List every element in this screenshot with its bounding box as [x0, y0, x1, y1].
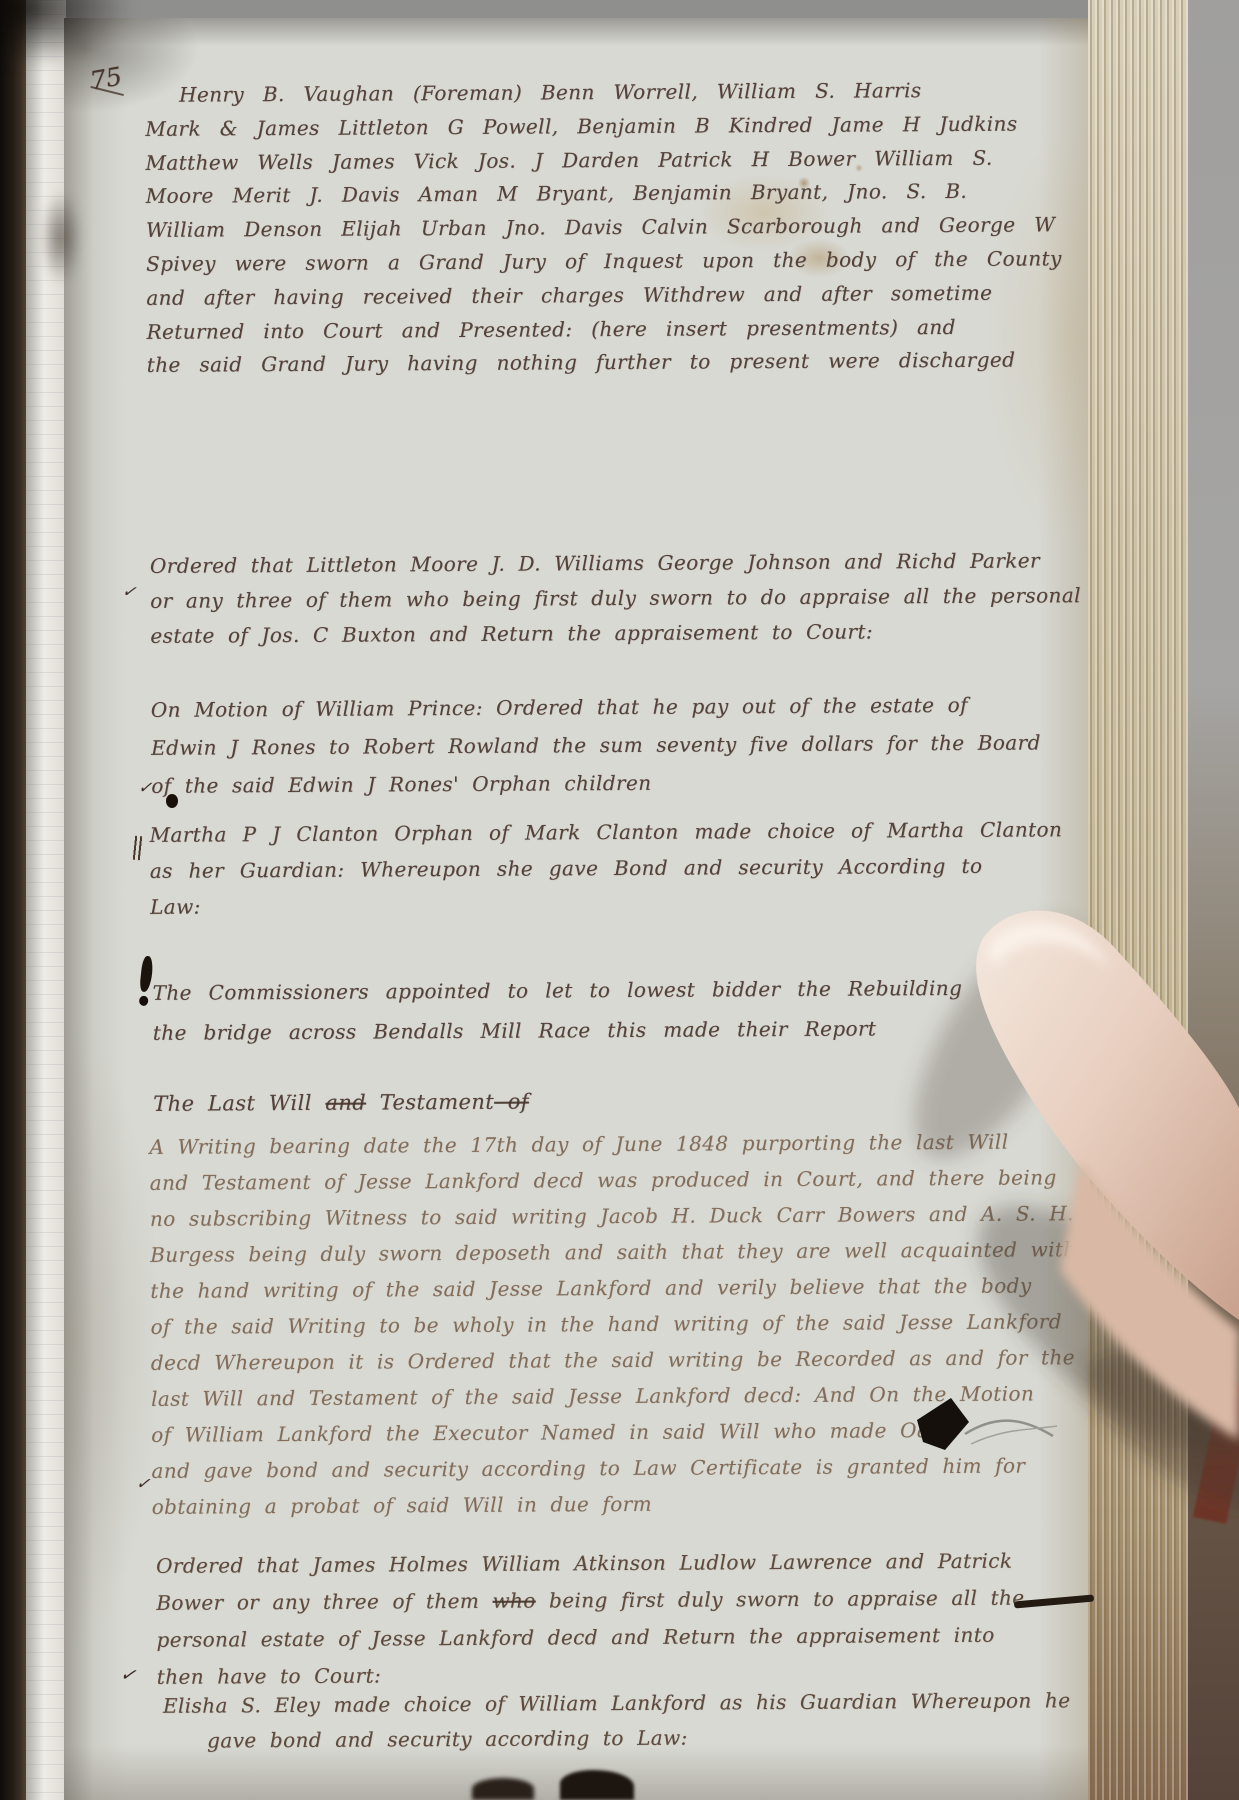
manuscript-line: and gave bond and security according to … [151, 1447, 1081, 1489]
book-bottom-edge-blob [472, 1778, 534, 1800]
manuscript-line: estate of Jos. C Buxton and Return the a… [150, 613, 1080, 654]
text-segment: Testament [366, 1090, 494, 1115]
manuscript-line: On Motion of William Prince: Ordered tha… [151, 685, 1081, 729]
manuscript-line: last Will and Testament of the said Jess… [151, 1375, 1081, 1417]
ink-dot [166, 794, 178, 808]
manuscript-line: Ordered that Littleton Moore J. D. Willi… [150, 543, 1080, 584]
manuscript-line: Martha P J Clanton Orphan of Mark Clanto… [149, 811, 1079, 853]
manuscript-line: Spivey were sworn a Grand Jury of Inques… [146, 242, 1076, 281]
margin-check-mark: ✓ [135, 1473, 151, 1494]
entry-bridge-commissioners: The Commissioners appointed to let to lo… [152, 967, 1082, 1053]
manuscript-line: personal estate of Jesse Lankford decd a… [156, 1616, 1086, 1659]
manuscript-line: A Writing bearing date the 17th day of J… [149, 1123, 1079, 1165]
manuscript-line: and after having received their charges … [146, 276, 1076, 315]
manuscript-line: Mark & James Littleton G Powell, Benjami… [145, 107, 1075, 146]
manuscript-line: Law: [150, 883, 1080, 925]
manuscript-line: Henry B. Vaughan (Foreman) Benn Worrell,… [145, 73, 1075, 112]
manuscript-line: of the said Writing to be wholy in the h… [150, 1303, 1080, 1345]
manuscript-line: the hand writing of the said Jesse Lankf… [150, 1267, 1080, 1309]
manuscript-line: and Testament of Jesse Lankford decd was… [150, 1159, 1080, 1201]
manuscript-line: William Denson Elijah Urban Jno. Davis C… [146, 208, 1076, 247]
entry-eley-guardianship: Elisha S. Eley made choice of William La… [163, 1683, 1093, 1759]
handwritten-text-layer: Henry B. Vaughan (Foreman) Benn Worrell,… [0, 0, 1239, 1800]
manuscript-line: gave bond and security according to Law: [163, 1718, 1093, 1759]
manuscript-photo: 75 Henry B. Vaughan (Foreman) Benn Worre… [0, 0, 1239, 1800]
book-bottom-edge-blob [560, 1770, 634, 1800]
entry-will-heading: The Last Will and Testament of [153, 1081, 1083, 1121]
manuscript-line: The Commissioners appointed to let to lo… [152, 967, 1082, 1013]
struck-text: who [492, 1589, 535, 1613]
manuscript-line: Edwin J Rones to Robert Rowland the sum … [151, 723, 1081, 767]
manuscript-line: Burgess being duly sworn deposeth and sa… [150, 1231, 1080, 1273]
entry-buxton-appraisement: Ordered that Littleton Moore J. D. Willi… [150, 543, 1081, 654]
text-segment: The Last Will [153, 1091, 325, 1116]
text-segment: Bower or any three of them [156, 1589, 492, 1615]
manuscript-line: Elisha S. Eley made choice of William La… [163, 1683, 1093, 1724]
manuscript-line: no subscribing Witness to said writing J… [150, 1195, 1080, 1237]
manuscript-line: decd Whereupon it is Ordered that the sa… [151, 1339, 1081, 1381]
manuscript-line: the said Grand Jury having nothing furth… [147, 344, 1077, 383]
manuscript-line: Moore Merit J. Davis Aman M Bryant, Benj… [146, 175, 1076, 214]
manuscript-line: or any three of them who being first dul… [150, 578, 1080, 619]
entry-prince-motion: On Motion of William Prince: Ordered tha… [151, 685, 1082, 805]
manuscript-line: as her Guardian: Whereupon she gave Bond… [150, 847, 1080, 889]
manuscript-line: the bridge across Bendalls Mill Race thi… [153, 1007, 1083, 1053]
margin-check-mark: ✓ [137, 778, 153, 799]
margin-check-mark: ✓ [121, 581, 138, 603]
manuscript-line: of William Lankford the Executor Named i… [151, 1411, 1081, 1453]
manuscript-line: of the said Edwin J Rones' Orphan childr… [151, 761, 1081, 805]
entry-lankford-will-probate: A Writing bearing date the 17th day of J… [149, 1123, 1081, 1525]
entry-grand-jury: Henry B. Vaughan (Foreman) Benn Worrell,… [145, 73, 1077, 383]
manuscript-line: Returned into Court and Presented: (here… [146, 310, 1076, 349]
text-segment: being first duly sworn to appraise all t… [536, 1586, 1025, 1613]
entry-lankford-appraisement: Ordered that James Holmes William Atkins… [156, 1542, 1087, 1696]
struck-text: of [494, 1090, 529, 1114]
entry-clanton-guardianship: Martha P J Clanton Orphan of Mark Clanto… [149, 811, 1080, 925]
manuscript-line: obtaining a probat of said Will in due f… [152, 1483, 1082, 1525]
manuscript-line: Matthew Wells James Vick Jos. J Darden P… [145, 141, 1075, 180]
manuscript-line: Ordered that James Holmes William Atkins… [156, 1542, 1086, 1585]
manuscript-line: The Last Will and Testament of [153, 1081, 1083, 1121]
struck-text: and [325, 1091, 366, 1115]
manuscript-line: Bower or any three of them who being fir… [156, 1579, 1086, 1622]
